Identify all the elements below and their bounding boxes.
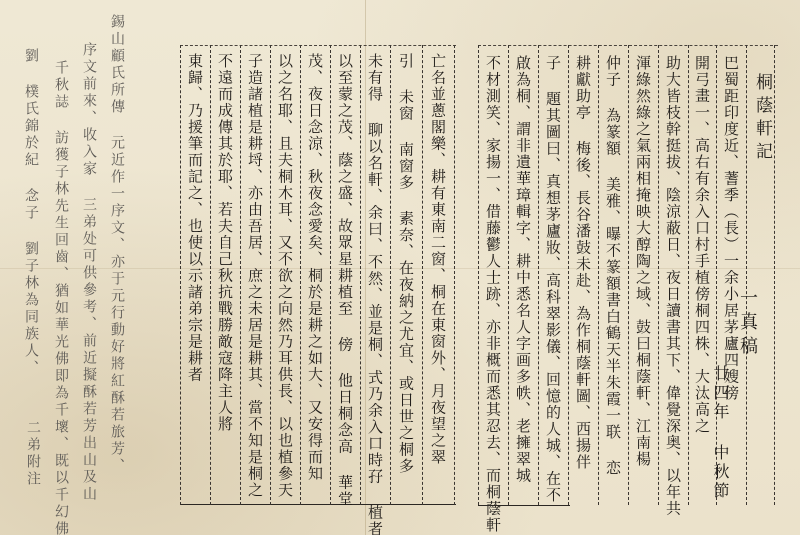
column-rule	[270, 45, 272, 505]
column-rule	[422, 45, 424, 505]
text-column: 不遠而成傳其於耶、若夫自己秋抗戰勝敵寇降主人將	[217, 53, 232, 498]
column-rule	[774, 45, 776, 505]
left-ruled-block: 亡名並蔥閣樂、耕有東南二窗、桐在東窗外、月夜望之翠 引 未窗 南窗多 素奈、在夜…	[180, 45, 456, 505]
column-rule	[628, 45, 630, 505]
text-column: 茂、夜日念涼、秋夜念愛矣、桐於是耕之如大、又安得而知	[307, 53, 322, 498]
text-column: 東歸、乃援筆而記之、也使以示諸弟宗是耕者	[187, 53, 202, 498]
text-column: 亡名並蔥閣樂、耕有東南二窗、桐在東窗外、月夜望之翠	[430, 53, 445, 498]
pencil-annotation-column: 千秋誌 訪獲子林先生回齒、猶如華光佛即為千壞、既以千幻佛、	[54, 60, 68, 530]
document-title: 桐蔭軒記	[753, 73, 770, 165]
pencil-annotation-signoff: 二弟附注	[26, 420, 40, 488]
author-signature: 一真稿	[738, 288, 756, 360]
text-column: 啟為桐、謂非遺華璋輯字、耕中悉名人字画多帙、老擁翠城	[515, 55, 530, 495]
text-column: 以至蒙之茂、蔭之盛、故眾星耕植至 傍 他日桐念高 華堂	[337, 53, 352, 498]
column-rule	[508, 45, 510, 505]
text-column: 未有得 聊以名軒、余曰、不然、並是桐、式乃余入口時孖 植者	[367, 53, 382, 498]
left-block-bottom-rule	[180, 504, 456, 505]
pencil-annotation-column: 錫山顧氏所傳 元近作一序文、亦于元行動好將紅酥若旅芳、	[110, 14, 124, 519]
column-rule	[454, 45, 456, 505]
text-column: 引 未窗 南窗多 素奈、在夜納之尤宜、或日世之桐多	[398, 53, 413, 498]
column-rule	[658, 45, 660, 505]
column-rule	[568, 45, 570, 505]
text-column: 助大皆枝幹挺拔、陰涼蔽日、夜日讀書其下、偉覺深奥、以年共	[665, 55, 680, 495]
column-rule	[240, 45, 242, 505]
column-rule	[390, 45, 392, 505]
column-rule	[746, 45, 748, 505]
text-column: 子 題其圖曰、真想茅廬妝、高科翠影儀、回憶的人城、在不	[545, 55, 560, 495]
column-rule	[330, 45, 332, 505]
right-ruled-block: 桐蔭軒記 巴蜀距印度近、蓍季（長）一余小居茅廬四嫂傍 開弓畫一、高右有余入口村手…	[478, 45, 778, 505]
column-rule	[360, 45, 362, 505]
column-rule	[688, 45, 690, 505]
text-column: 子造諸植是耕埒、亦由吾居、庶之未居是耕其、當不知是桐之	[247, 53, 262, 498]
column-rule	[210, 45, 212, 505]
column-rule	[478, 45, 480, 505]
column-rule	[598, 45, 600, 505]
column-rule	[180, 45, 182, 505]
text-column: 仲子 為篆額 美雅、曝不篆額書白鶴天半朱霞一联 恋	[605, 55, 620, 495]
signature-date: 廿四年 中秋節	[712, 365, 728, 501]
pencil-annotation-column: 序文前來、收入家 三弟处可供參考、前近擬酥若芳出山及山	[82, 42, 96, 522]
text-column: 耕獻助亭 梅後、長谷潘鼓未赴、為作桐蔭軒圖、西揚伴	[575, 55, 590, 495]
column-rule	[300, 45, 302, 505]
column-rule	[538, 45, 540, 505]
text-column: 開弓畫一、高右有余入口村手植傍桐四株、大汰高之	[694, 55, 709, 495]
pencil-annotation-column: 劉 樸氏錦於紀 念子 劉子林為同族人、	[24, 48, 38, 408]
text-column: 不材測笑、家揚一、借藤鬱人士跡、亦非概而悉其忍去、而桐蔭軒	[485, 55, 500, 495]
right-block-bottom-rule-line	[478, 505, 570, 506]
text-column: 以之名耶、且夫桐木耳、又不欲之向然乃耳供長、以也植參天	[277, 53, 292, 498]
text-column: 渾綠然綠之氣兩相掩映大醇陶之域、鼓曰桐蔭軒、江南楊	[635, 55, 650, 495]
left-block-top-rule	[180, 45, 456, 46]
